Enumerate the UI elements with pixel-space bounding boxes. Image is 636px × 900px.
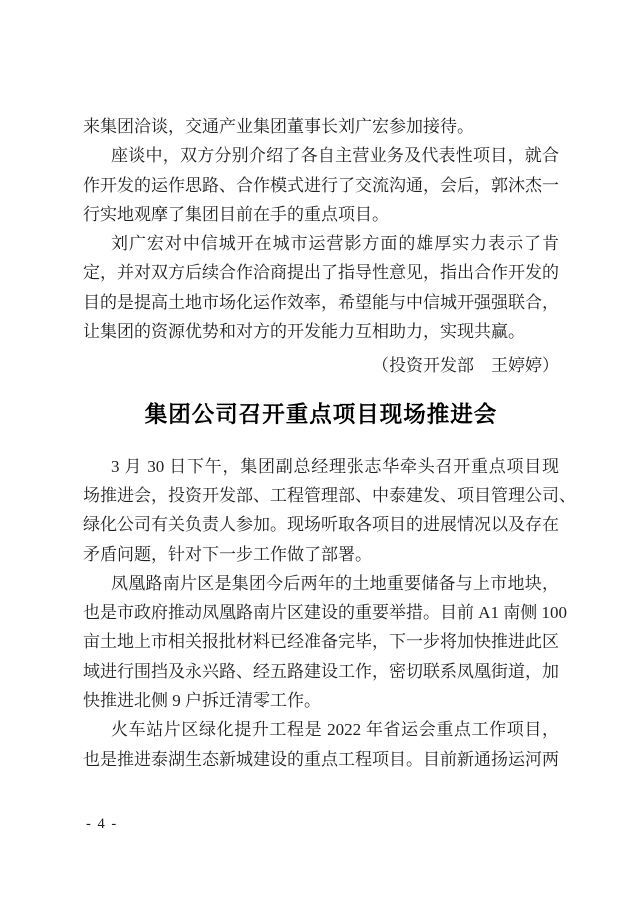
text-line: 目的是提高土地市场化运作效率，希望能与中信城开强强联合， [83, 288, 559, 317]
text-line: 火车站片区绿化提升工程是 2022 年省运会重点工作项目， [83, 715, 559, 744]
text-line: 凤凰路南片区是集团今后两年的土地重要储备与上市地块， [83, 569, 559, 598]
paragraph-remarks: 刘广宏对中信城开在城市运营影方面的雄厚实力表示了肯 定，并对双方后续合作洽商提出… [83, 229, 559, 346]
page-body: 来集团洽谈，交通产业集团董事长刘广宏参加接待。 座谈中，双方分别介绍了各自主营业… [83, 112, 559, 774]
text-line: 让集团的资源优势和对方的开发能力互相助力，实现共赢。 [83, 317, 559, 346]
text-line: 3 月 30 日下午，集团副总经理张志华牵头召开重点项目现 [83, 452, 559, 481]
text-line: 矛盾问题，针对下一步工作做了部署。 [83, 540, 559, 569]
text-line: 刘广宏对中信城开在城市运营影方面的雄厚实力表示了肯 [83, 229, 559, 258]
paragraph-meeting: 座谈中，双方分别介绍了各自主营业务及代表性项目，就合 作开发的运作思路、合作模式… [83, 141, 559, 229]
page-number: - 4 - [86, 814, 118, 834]
byline: （投资开发部 王婷婷） [83, 351, 559, 380]
text-line: 座谈中，双方分别介绍了各自主营业务及代表性项目，就合 [83, 141, 559, 170]
text-line: 行实地观摩了集团目前在手的重点项目。 [83, 200, 559, 229]
text-line: 作开发的运作思路、合作模式进行了交流沟通，会后，郭沐杰一 [83, 171, 559, 200]
text-line: 亩土地上市相关报批材料已经准备完毕，下一步将加快推进此区 [83, 627, 559, 656]
text-line: 也是推进泰湖生态新城建设的重点工程项目。目前新通扬运河两 [83, 745, 559, 774]
document-page: 来集团洽谈，交通产业集团董事长刘广宏参加接待。 座谈中，双方分别介绍了各自主营业… [0, 0, 636, 900]
article-title: 集团公司召开重点项目现场推进会 [83, 399, 559, 430]
paragraph-intro: 3 月 30 日下午，集团副总经理张志华牵头召开重点项目现 场推进会，投资开发部… [83, 452, 559, 569]
text-line: 绿化公司有关负责人参加。现场听取各项目的进展情况以及存在 [83, 510, 559, 539]
text-line: 场推进会，投资开发部、工程管理部、中泰建发、项目管理公司、 [83, 481, 559, 510]
text-line: 来集团洽谈，交通产业集团董事长刘广宏参加接待。 [83, 112, 559, 141]
text-line: 快推进北侧 9 户拆迁清零工作。 [83, 686, 559, 715]
text-line: 定，并对双方后续合作洽商提出了指导性意见，指出合作开发的 [83, 258, 559, 287]
text-line: 域进行围挡及永兴路、经五路建设工作，密切联系凤凰街道，加 [83, 657, 559, 686]
text-line: 也是市政府推动凤凰路南片区建设的重要举措。目前 A1 南侧 100 [83, 598, 559, 627]
paragraph-train-station: 火车站片区绿化提升工程是 2022 年省运会重点工作项目， 也是推进泰湖生态新城… [83, 715, 559, 774]
paragraph-fenghuang-road: 凤凰路南片区是集团今后两年的土地重要储备与上市地块， 也是市政府推动凤凰路南片区… [83, 569, 559, 715]
paragraph-continuation: 来集团洽谈，交通产业集团董事长刘广宏参加接待。 [83, 112, 559, 141]
